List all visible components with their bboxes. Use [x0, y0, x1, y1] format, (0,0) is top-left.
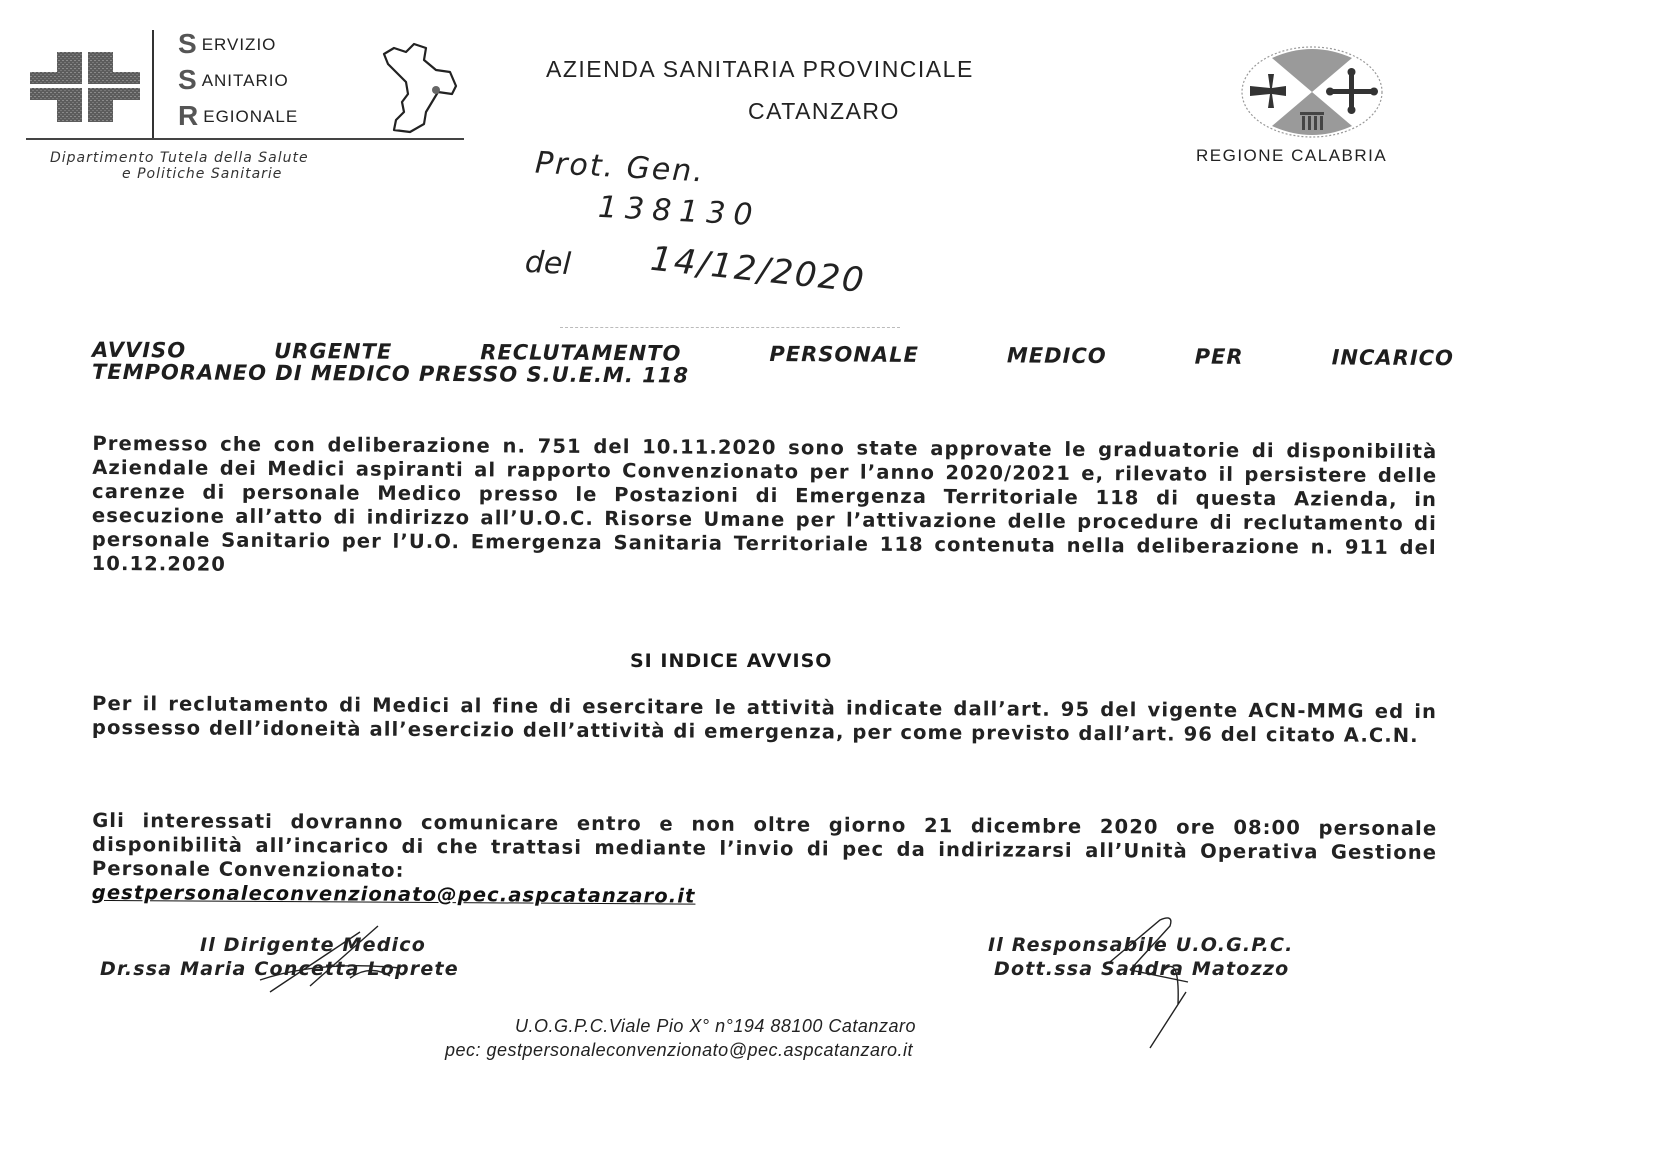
organization-name: AZIENDA SANITARIA PROVINCIALE	[546, 56, 974, 83]
title-word: URGENTE	[274, 339, 392, 364]
submission-text: Gli interessati dovranno comunicare entr…	[92, 809, 1437, 882]
organization-city: CATANZARO	[748, 98, 900, 125]
handwritten-protocol-date: 14/12/2020	[649, 239, 868, 301]
section-heading: SI INDICE AVVISO	[630, 650, 832, 672]
handwritten-signature-right	[1090, 912, 1250, 1052]
handwritten-protocol-label: Prot. Gen.	[534, 146, 705, 190]
department-line-2: e Politiche Sanitarie	[122, 166, 282, 182]
title-word: PER	[1195, 345, 1244, 369]
premise-paragraph: Premesso che con deliberazione n. 751 de…	[92, 432, 1438, 584]
department-line-1: Dipartimento Tutela della Salute	[50, 150, 309, 166]
ssr-sanitario: SANITARIO	[178, 64, 289, 96]
footer-address: U.O.G.P.C.Viale Pio X° n°194 88100 Catan…	[515, 1016, 916, 1037]
handwritten-protocol-number: 138130	[597, 190, 761, 233]
title-word: MEDICO	[1007, 343, 1107, 368]
handwritten-signature-left	[200, 920, 440, 1000]
logo-divider	[152, 30, 154, 138]
ssr-regionale: REGIONALE	[178, 100, 298, 132]
submission-paragraph: Gli interessati dovranno comunicare entr…	[92, 809, 1438, 913]
pec-email-link[interactable]: gestpersonaleconvenzionato@pec.aspcatanz…	[92, 881, 696, 909]
title-word: INCARICO	[1332, 345, 1454, 370]
calabria-map-icon	[380, 42, 460, 134]
footer-pec: pec: gestpersonaleconvenzionato@pec.aspc…	[445, 1040, 913, 1061]
recruitment-paragraph: Per il reclutamento di Medici al fine di…	[92, 692, 1437, 748]
ssr-servizio: SERVIZIO	[178, 28, 276, 60]
scan-artifact	[560, 327, 900, 329]
regione-calabria-emblem-icon	[1238, 44, 1386, 140]
title-word: AVVISO	[92, 338, 186, 363]
logo-baseline	[26, 138, 464, 140]
region-name: REGIONE CALABRIA	[1196, 146, 1387, 166]
double-cross-icon	[30, 52, 140, 122]
handwritten-del-label: del	[524, 245, 572, 282]
